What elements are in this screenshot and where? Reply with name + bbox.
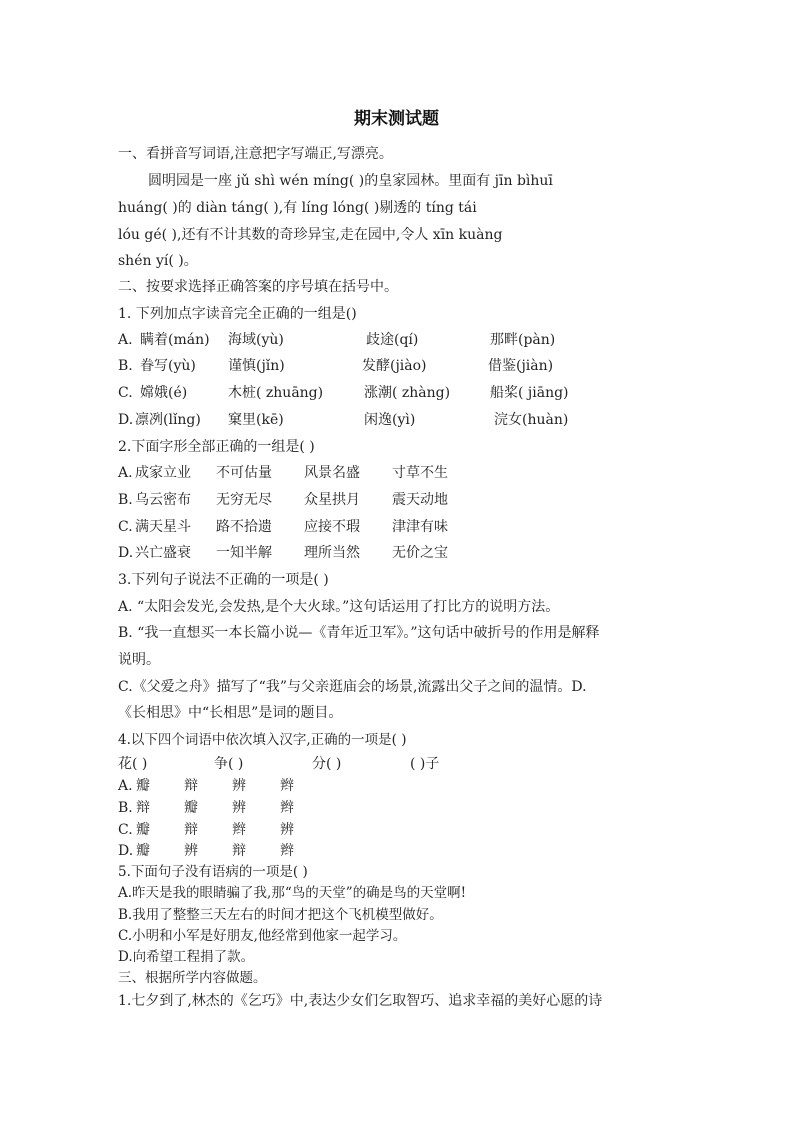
option-label: A. — [118, 777, 133, 795]
option-item: 瓣 — [136, 777, 150, 795]
option-item: 路不拾遗 — [216, 518, 272, 536]
option-item: 窠里(kē) — [228, 411, 284, 429]
option-item: 应接不瑕 — [304, 518, 360, 536]
option-item: 浣女(huàn) — [494, 411, 568, 429]
option-item: 辨 — [232, 777, 246, 795]
q3-option-b-line2: 说明。 — [118, 651, 160, 669]
option-label: A. — [118, 464, 133, 482]
option-label: C. — [118, 384, 133, 402]
option-label: D. — [118, 411, 133, 429]
option-item: 海域(yù) — [228, 331, 284, 349]
q3-option-a: A. “太阳会发光,会发热,是个大火球。”这句话运用了打比方的说明方法。 — [118, 598, 559, 616]
option-item: 辫 — [280, 777, 294, 795]
option-item: 辨 — [184, 842, 198, 860]
section3-q1: 1.七夕到了,林杰的《乞巧》中,表达少女们乞取智巧、追求幸福的美好心愿的诗 — [118, 992, 602, 1010]
option-item: 眷写(yù) — [140, 357, 196, 375]
q4-stem: 4.以下四个词语中依次填入汉字,正确的一项是( ) — [118, 731, 407, 749]
option-item: 瓣 — [184, 799, 198, 817]
option-item: 发酵(jiào) — [362, 357, 427, 375]
option-item: 凛冽(lǐng) — [135, 411, 201, 429]
section1-heading: 一、看拼音写词语,注意把字写端正,写漂亮。 — [118, 145, 393, 163]
option-item: 谨慎(jǐn) — [228, 357, 285, 375]
option-item: 嫦娥(é) — [140, 384, 187, 402]
q3-option-b-line1: B. “我一直想买一本长篇小说—《青年近卫军》。”这句话中破折号的作用是解释 — [118, 624, 600, 642]
option-item: 震天动地 — [392, 491, 448, 509]
option-item: 歧途(qí) — [366, 331, 418, 349]
option-item: 辩 — [232, 842, 246, 860]
option-label: D. — [118, 842, 133, 860]
option-item: 满天星斗 — [135, 518, 191, 536]
section2-heading: 二、按要求选择正确答案的序号填在括号中。 — [118, 278, 398, 296]
option-label: B. — [118, 357, 133, 375]
q3-option-c: C.《父爱之舟》描写了“我”与父亲逛庙会的场景,流露出父子之间的温情。D. — [118, 678, 587, 696]
q5-option-a: A.昨天是我的眼睛骗了我,那“鸟的天堂”的确是鸟的天堂啊! — [118, 884, 466, 902]
option-label: A. — [118, 331, 133, 349]
option-label: B. — [118, 799, 133, 817]
section1-paragraph-line2: huáng( )的 diàn táng( ),有 líng lóng( )剔透的… — [118, 199, 477, 217]
option-item: 辫 — [232, 821, 246, 839]
option-item: 辫 — [280, 842, 294, 860]
option-item: 风景名盛 — [304, 464, 360, 482]
option-item: 瓣 — [136, 821, 150, 839]
blank-item: 分( ) — [312, 755, 341, 773]
blank-item: 花( ) — [118, 755, 147, 773]
q3-option-d: 《长相思》中“长相思”是词的题目。 — [118, 704, 342, 722]
option-item: 瓣 — [136, 842, 150, 860]
option-item: 兴亡盛衰 — [135, 544, 191, 562]
q5-option-c: C.小明和小军是好朋友,他经常到他家一起学习。 — [118, 927, 406, 945]
option-item: 船桨( jiāng) — [490, 384, 569, 402]
option-item: 闲逸(yì) — [364, 411, 415, 429]
section3-heading: 三、根据所学内容做题。 — [118, 969, 267, 987]
option-item: 辨 — [232, 799, 246, 817]
section1-paragraph-line1: 圆明园是一座 jǔ shì wén míng( )的皇家园林。里面有 jīn b… — [148, 172, 553, 190]
section1-paragraph-line4: shén yí( )。 — [118, 252, 198, 270]
q5-stem: 5.下面句子没有语病的一项是( ) — [118, 863, 308, 881]
option-item: 辩 — [184, 821, 198, 839]
option-item: 辨 — [280, 821, 294, 839]
option-item: 乌云密布 — [135, 491, 191, 509]
section1-paragraph-line3: lóu gé( ),还有不计其数的奇珍异宝,走在园中,令人 xīn kuàng — [118, 226, 502, 244]
option-item: 不可估量 — [216, 464, 272, 482]
page-title: 期末测试题 — [0, 104, 793, 129]
option-item: 津津有味 — [392, 518, 448, 536]
option-item: 辩 — [184, 777, 198, 795]
q5-option-d: D.向希望工程捐了款。 — [118, 948, 254, 966]
option-item: 涨潮( zhàng) — [364, 384, 450, 402]
blank-item: ( )子 — [410, 755, 439, 773]
option-label: D. — [118, 544, 133, 562]
exam-page: 期末测试题 一、看拼音写词语,注意把字写端正,写漂亮。 圆明园是一座 jǔ sh… — [0, 0, 793, 1122]
option-label: B. — [118, 491, 133, 509]
option-item: 理所当然 — [304, 544, 360, 562]
option-item: 木桩( zhuāng) — [228, 384, 323, 402]
option-item: 辫 — [280, 799, 294, 817]
blank-item: 争( ) — [214, 755, 243, 773]
q2-stem: 2.下面字形全部正确的一组是( ) — [118, 438, 315, 456]
q3-stem: 3.下列句子说法不正确的一项是( ) — [118, 571, 329, 589]
option-item: 无穷无尽 — [216, 491, 272, 509]
q1-stem: 1. 下列加点字读音完全正确的一组是() — [118, 305, 357, 323]
option-item: 众星拱月 — [304, 491, 360, 509]
option-item: 辩 — [136, 799, 150, 817]
option-item: 无价之宝 — [392, 544, 448, 562]
option-item: 成家立业 — [135, 464, 191, 482]
q5-option-b: B.我用了整整三天左右的时间才把这个飞机模型做好。 — [118, 906, 443, 924]
option-label: C. — [118, 518, 133, 536]
option-item: 一知半解 — [216, 544, 272, 562]
option-item: 那畔(pàn) — [490, 331, 555, 349]
option-item: 寸草不生 — [392, 464, 448, 482]
option-label: C. — [118, 821, 133, 839]
option-item: 借鉴(jiàn) — [488, 357, 553, 375]
option-item: 瞒着(mán) — [140, 331, 210, 349]
